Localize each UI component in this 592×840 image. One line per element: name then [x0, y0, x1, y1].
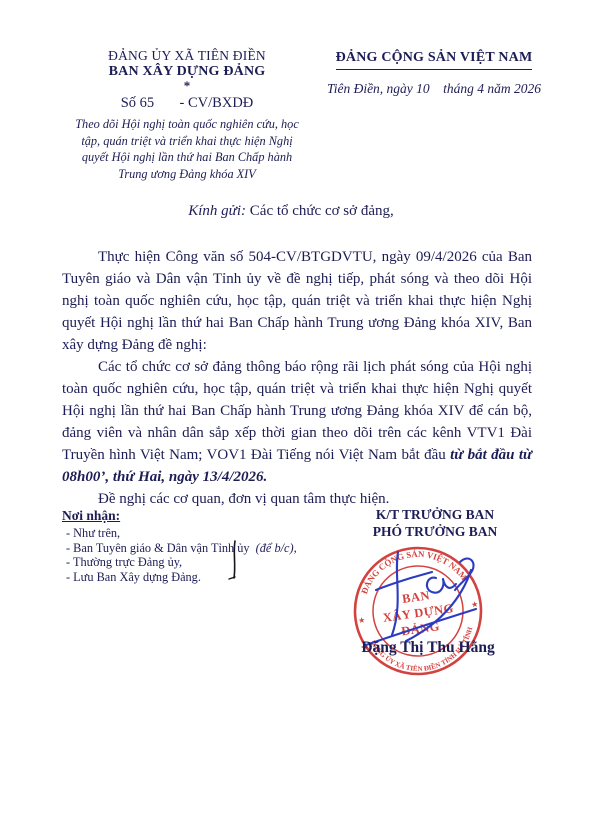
recipient-text: - Thường trực Đảng ủy, — [66, 555, 182, 569]
document-page: ĐẢNG ỦY XÃ TIÊN ĐIỀN BAN XÂY DỰNG ĐẢNG *… — [0, 0, 592, 840]
recipient-text: - Lưu Ban Xây dựng Đảng. — [66, 570, 201, 584]
recipient-item: - Ban Tuyên giáo & Dân vận Tỉnh ủy (để b… — [66, 541, 312, 556]
salutation-line: Kính gửi: Các tổ chức cơ sở đảng, — [60, 203, 522, 220]
body-paragraph-1: Thực hiện Công văn số 504-CV/BTGDVTU, ng… — [62, 246, 532, 356]
document-number: Số 65 - CV/BXDĐ — [58, 95, 316, 112]
signature-title-block: K/T TRƯỞNG BAN PHÓ TRƯỞNG BAN — [320, 506, 550, 540]
org-parent-name: ĐẢNG ỦY XÃ TIÊN ĐIỀN — [58, 48, 316, 64]
recipient-text: - Như trên, — [66, 526, 120, 540]
pen-mark — [226, 539, 242, 585]
body-paragraph-2: Các tổ chức cơ sở đảng thông báo rộng rã… — [62, 356, 532, 488]
salutation-recipient: Các tổ chức cơ sở đảng, — [246, 203, 394, 219]
national-header-block: ĐẢNG CỘNG SẢN VIỆT NAM Tiên Điền, ngày 1… — [312, 48, 556, 97]
place-and-date: Tiên Điền, ngày 10 tháng 4 năm 2026 — [312, 81, 556, 97]
salutation-label: Kính gửi: — [188, 203, 246, 219]
signer-authority: K/T TRƯỞNG BAN — [320, 506, 550, 523]
document-subject: Theo dõi Hội nghị toàn quốc nghiên cứu, … — [73, 116, 301, 182]
recipients-label: Nơi nhận: — [62, 508, 312, 524]
party-name-heading: ĐẢNG CỘNG SẢN VIỆT NAM — [336, 50, 533, 70]
recipient-item: - Lưu Ban Xây dựng Đảng. — [66, 570, 312, 585]
document-body: Thực hiện Công văn số 504-CV/BTGDVTU, ng… — [62, 246, 532, 510]
issuing-org-block: ĐẢNG ỦY XÃ TIÊN ĐIỀN BAN XÂY DỰNG ĐẢNG *… — [58, 48, 316, 182]
recipient-note: (để b/c), — [253, 541, 297, 555]
recipient-item: - Thường trực Đảng ủy, — [66, 555, 312, 570]
recipients-list: - Như trên, - Ban Tuyên giáo & Dân vận T… — [62, 526, 312, 584]
star-separator: * — [58, 80, 316, 92]
recipient-item: - Như trên, — [66, 526, 312, 541]
recipient-text: - Ban Tuyên giáo & Dân vận Tỉnh ủy — [66, 541, 253, 555]
recipients-block: Nơi nhận: - Như trên, - Ban Tuyên giáo &… — [62, 508, 312, 584]
signer-name: Đặng Thị Thu Hằng — [328, 639, 528, 657]
